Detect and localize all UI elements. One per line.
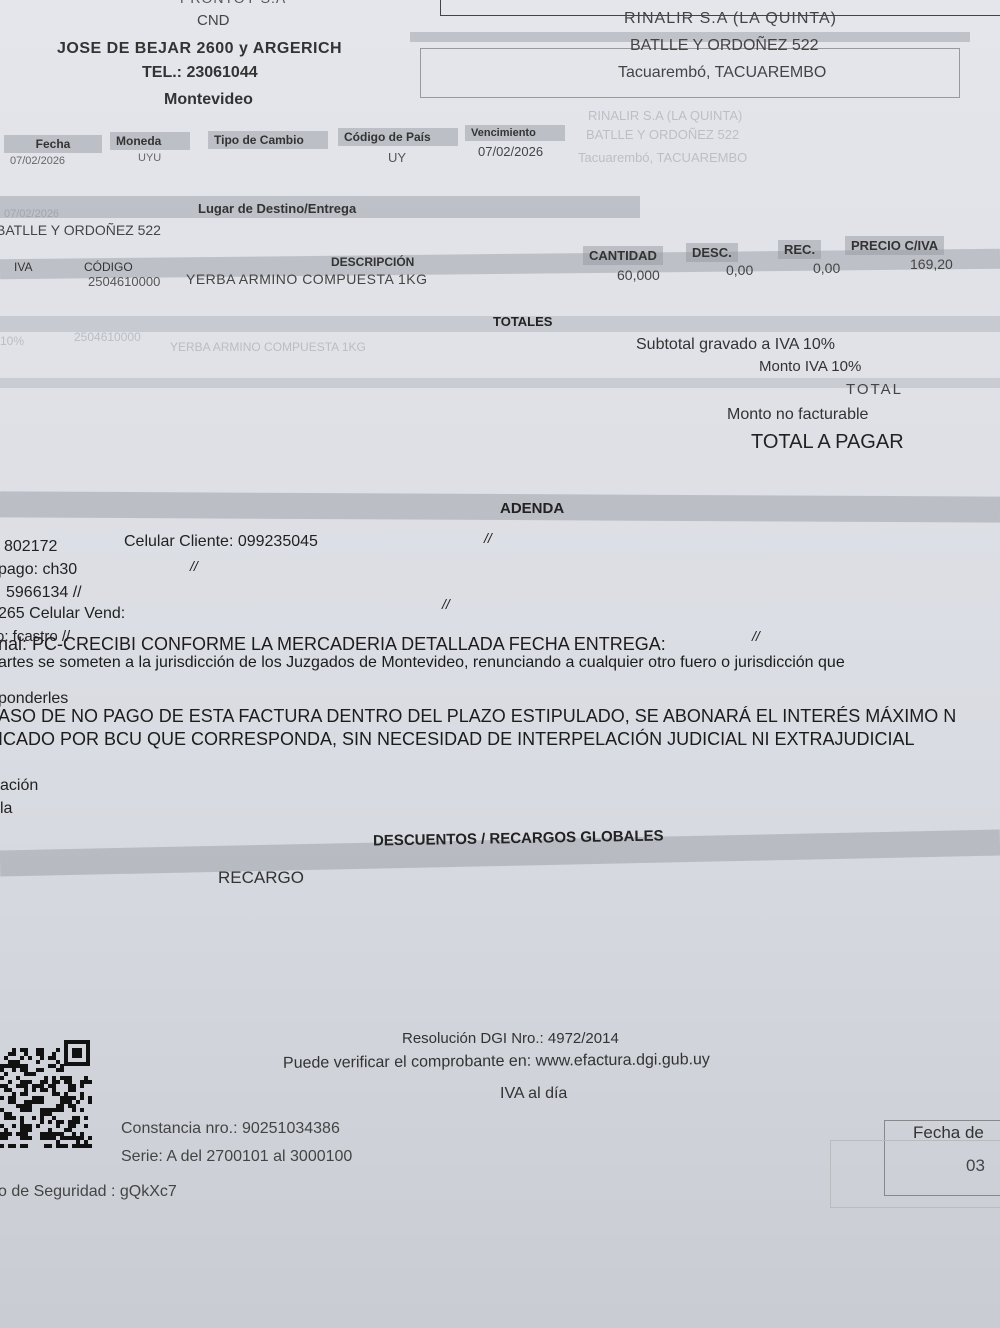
buyer-name-ghost: RINALIR S.A (LA QUINTA) [588,108,742,123]
totals-monto-iva: Monto IVA 10% [759,358,861,375]
col-descripcion: DESCRIPCIÓN [325,253,420,271]
buyer-city: Tacuarembó, TACUAREMBO [618,64,826,82]
totals-title: TOTALES [493,314,552,329]
delivery-label: Lugar de Destino/Entrega [198,201,356,216]
row-codigo: 2504610000 [88,274,160,289]
col-desc: DESC. [686,243,738,262]
label-fecha: Fecha [4,135,102,153]
label-codigo-pais: Código de País [338,128,458,146]
label-vencimiento: Vencimiento [465,125,565,141]
totals-no-facturable: Monto no facturable [727,406,868,424]
value-codigo-pais: UY [388,150,406,165]
totals-total-pagar: TOTAL A PAGAR [751,431,904,454]
fecha-box-value: 03 [966,1156,985,1176]
adenda-separator: // [190,558,198,574]
col-iva: IVA [8,258,38,276]
ghost-iva: 10% [0,334,24,348]
issuer-branch: CND [197,12,230,29]
ghost-descripcion: YERBA ARMINO COMPUESTA 1KG [170,340,366,354]
qr-code-icon [0,1038,92,1156]
delivery-date-ghost: 07/02/2026 [4,208,59,220]
col-cantidad: CANTIDAD [583,246,663,265]
row-desc: 0,00 [726,262,753,278]
adenda-line: Celular Cliente: 099235045 [124,533,318,551]
adenda-line: la [0,800,12,818]
issuer-address: JOSE DE BEJAR 2600 y ARGERICH [57,40,342,58]
col-precio: PRECIO C/IVA [845,236,944,255]
adenda-line: 802172 [4,538,57,556]
buyer-address-ghost: BATLLE Y ORDOÑEZ 522 [586,127,739,142]
adenda-separator: // [484,530,492,546]
label-tipo-cambio: Tipo de Cambio [208,131,328,149]
delivery-value: BATLLE Y ORDOÑEZ 522 [0,222,161,238]
adenda-line: ASO DE NO PAGO DE ESTA FACTURA DENTRO DE… [0,706,956,727]
buyer-city-ghost: Tacuarembó, TACUAREMBO [578,150,747,165]
adenda-line: pago: ch30 [0,561,77,579]
adenda-line: nal: PC-CRECIBI CONFORME LA MERCADERIA D… [0,634,666,655]
adenda-line: ICADO POR BCU QUE CORRESPONDA, SIN NECES… [0,729,915,750]
adenda-line: artes se someten a la jurisdicción de lo… [0,654,845,672]
value-fecha: 07/02/2026 [10,155,65,167]
buyer-name: RINALIR S.A (LA QUINTA) [624,10,837,28]
buyer-address: BATLLE Y ORDOÑEZ 522 [630,37,819,55]
footer-resolution: Resolución DGI Nro.: 4972/2014 [402,1030,619,1047]
footer-constancia: Constancia nro.: 90251034386 [121,1120,340,1138]
fecha-box-label: Fecha de [913,1123,984,1143]
issuer-phone: TEL.: 23061044 [142,64,258,82]
adenda-separator: // [752,628,760,644]
footer-iva-al-dia: IVA al día [500,1085,567,1103]
row-cantidad: 60,000 [617,267,660,283]
value-moneda: UYU [138,152,161,164]
ghost-codigo: 2504610000 [74,330,141,344]
value-vencimiento: 07/02/2026 [478,144,543,159]
adenda-separator: // [442,596,450,612]
footer-security-code: o de Seguridad : gQkXc7 [0,1183,177,1201]
issuer-name: PRONTOY S.A [180,0,286,6]
totals-subtotal: Subtotal gravado a IVA 10% [636,336,835,354]
row-descripcion: YERBA ARMINO COMPUESTA 1KG [186,271,427,287]
adenda-line: 265 Celular Vend: [0,605,125,623]
footer-verify: Puede verificar el comprobante en: www.e… [283,1051,710,1073]
totals-total: TOTAL [846,381,903,398]
col-rec: REC. [778,240,821,259]
row-precio: 169,20 [910,256,953,272]
row-rec: 0,00 [813,260,840,276]
adenda-line: ación [0,777,38,795]
global-item: RECARGO [218,868,304,888]
adenda-line: 5966134 // [6,584,82,602]
adenda-title: ADENDA [500,500,564,517]
issuer-city: Montevideo [164,91,253,109]
label-moneda: Moneda [110,132,190,150]
footer-serie: Serie: A del 2700101 al 3000100 [121,1148,352,1166]
